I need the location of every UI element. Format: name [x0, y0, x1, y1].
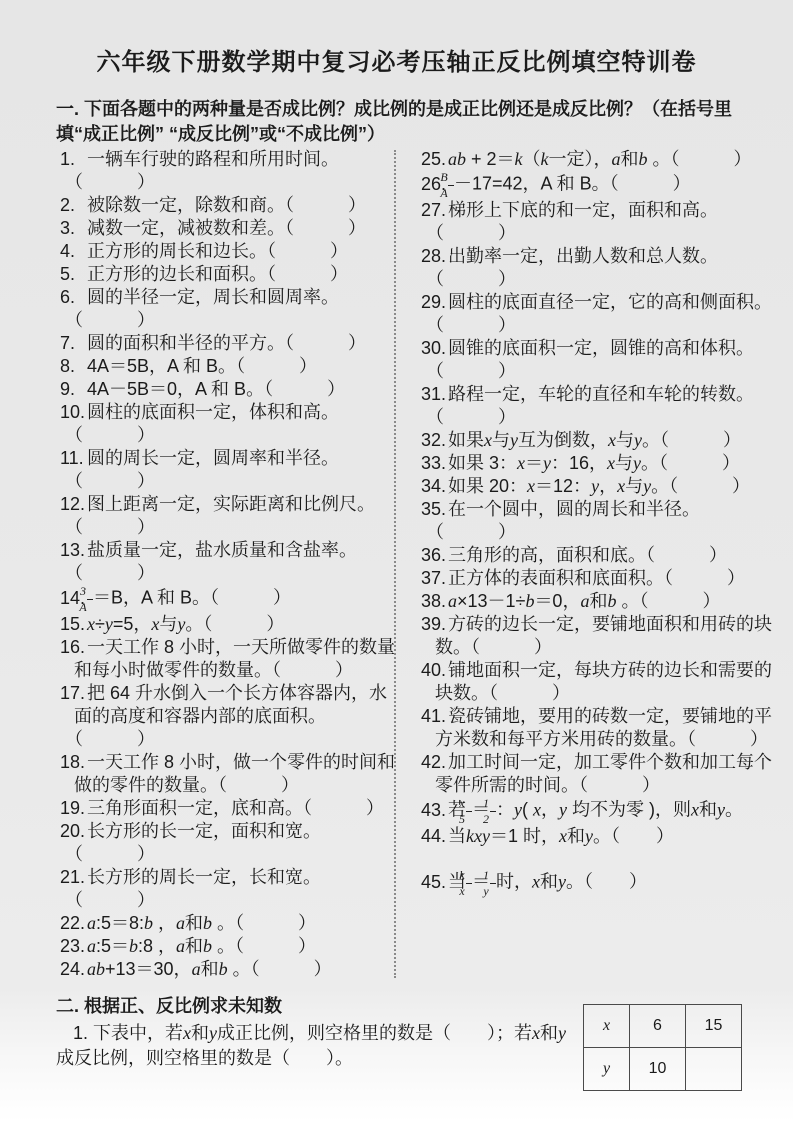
question-number: 15. — [60, 613, 87, 636]
question-item: 21.长方形的周长一定，长和宽。（ ） — [60, 866, 396, 912]
question-number: 25. — [421, 148, 448, 171]
answer-blank: （ ） — [639, 591, 720, 611]
question-number: 20. — [60, 820, 87, 843]
answer-blank: （ ） — [74, 563, 155, 583]
question-item: 45.当kx＝1y时，x和y。（ ） — [421, 869, 777, 897]
answer-blank: （ ） — [471, 637, 552, 657]
question-item: 42.加工时间一定，加工零件个数和加工每个零件所需的时间。（ ） — [421, 751, 777, 797]
question-item: 10.圆柱的底面积一定，体积和高。（ ） — [60, 401, 396, 447]
answer-blank: （ ） — [435, 269, 516, 289]
answer-blank: （ ） — [303, 798, 384, 818]
question-item: 9.4A－5B＝0，A 和 B。（ ） — [60, 378, 396, 401]
table-cell: 15 — [686, 1005, 742, 1048]
answer-blank: （ ） — [272, 1048, 335, 1068]
fraction: 3A — [87, 585, 93, 613]
fraction: BA — [448, 171, 454, 199]
table-row: y10 — [584, 1048, 742, 1091]
question-number: 44. — [421, 825, 448, 848]
table-cell: 6 — [630, 1005, 686, 1048]
answer-blank: （ ） — [664, 568, 745, 588]
answer-blank: （ ） — [267, 264, 348, 284]
question-number: 29. — [421, 291, 448, 314]
answer-blank: （ ） — [285, 333, 366, 353]
answer-blank: （ ） — [74, 310, 155, 330]
answer-blank: （ ） — [74, 844, 155, 864]
question-item: 24.ab+13＝30，a和b 。（ ） — [60, 958, 396, 981]
answer-blank: （ ） — [435, 315, 516, 335]
question-item: 37.正方体的表面积和底面积。（ ） — [421, 567, 777, 590]
question-number: 17. — [60, 682, 87, 705]
question-item: 3.减数一定，减被数和差。（ ） — [60, 217, 396, 240]
question-item: 20.长方形的长一定，面积和宽。（ ） — [60, 820, 396, 866]
question-item: 26.BA－17=42，A 和 B。（ ） — [421, 171, 777, 199]
question-item: 38.a×13－1÷b＝0，a和b 。（ ） — [421, 590, 777, 613]
question-number: 1. — [60, 148, 87, 171]
table-row: x615 — [584, 1005, 742, 1048]
question-number: 40. — [421, 659, 448, 682]
question-number: 33. — [421, 452, 448, 475]
question-number: 2. — [60, 194, 87, 217]
question-item: 19.三角形面积一定，底和高。（ ） — [60, 797, 396, 820]
question-number: 24. — [60, 958, 87, 981]
question-item: 40.铺地面积一定，每块方砖的边长和需要的块数。（ ） — [421, 659, 777, 705]
question-number: 39. — [421, 613, 448, 636]
question-number: 36. — [421, 544, 448, 567]
answer-blank: （ ） — [584, 872, 647, 892]
answer-blank: （ ） — [74, 729, 155, 749]
answer-blank: （ ） — [579, 775, 660, 795]
question-item: 28.出勤率一定，出勤人数和总人数。（ ） — [421, 245, 777, 291]
column-divider — [394, 150, 396, 978]
question-item: 6.圆的半径一定，周长和圆周率。（ ） — [60, 286, 396, 332]
question-item: 15.x÷y=5，x与y。（ ） — [60, 613, 396, 636]
table-cell — [686, 1048, 742, 1091]
question-number: 18. — [60, 751, 87, 774]
answer-blank: （ ） — [489, 683, 570, 703]
answer-blank: （ ） — [433, 1023, 496, 1043]
question-number: 12. — [60, 493, 87, 516]
answer-blank: （ ） — [235, 936, 316, 956]
answer-blank: （ ） — [669, 476, 750, 496]
answer-blank: （ ） — [285, 218, 366, 238]
answer-blank: （ ） — [646, 545, 727, 565]
question-item: 22.a:5＝8:b ，a和b 。（ ） — [60, 912, 396, 935]
answer-blank: （ ） — [203, 614, 284, 634]
answer-blank: （ ） — [267, 241, 348, 261]
question-item: 44.当kxy＝1 时，x和y。（ ） — [421, 825, 777, 848]
answer-blank: （ ） — [659, 453, 740, 473]
question-number: 5. — [60, 263, 87, 286]
question-number: 34. — [421, 475, 448, 498]
answer-blank: （ ） — [687, 729, 768, 749]
fraction: 12 — [490, 797, 496, 825]
answer-blank: （ ） — [218, 775, 299, 795]
answer-blank: （ ） — [235, 913, 316, 933]
question-number: 28. — [421, 245, 448, 268]
question-number: 27. — [421, 199, 448, 222]
question-item: 7.圆的面积和半径的平方。（ ） — [60, 332, 396, 355]
question-number: 37. — [421, 567, 448, 590]
question-number: 8. — [60, 355, 87, 378]
question-number: 31. — [421, 383, 448, 406]
question-number: 35. — [421, 498, 448, 521]
question-item: 34.如果 20：x＝12：y，x与y。（ ） — [421, 475, 777, 498]
question-item: 23.a:5＝b:8 ，a和b 。（ ） — [60, 935, 396, 958]
fraction: 1y — [490, 869, 496, 897]
question-item: 13.盐质量一定，盐水质量和含盐率。（ ） — [60, 539, 396, 585]
question-item: 18.一天工作 8 小时，做一个零件的时间和做的零件的数量。（ ） — [60, 751, 396, 797]
question-item: 12.图上距离一定，实际距离和比例尺。（ ） — [60, 493, 396, 539]
fraction: kx — [466, 869, 472, 897]
question-number: 41. — [421, 705, 448, 728]
table-cell: y — [584, 1048, 630, 1091]
question-item: 11.圆的周长一定，圆周率和半径。（ ） — [60, 447, 396, 493]
question-item: 17.把 64 升水倒入一个长方体容器内，水面的高度和容器内部的底面积。（ ） — [60, 682, 396, 751]
answer-blank: （ ） — [435, 407, 516, 427]
question-item: 4.正方形的周长和边长。（ ） — [60, 240, 396, 263]
question-number: 21. — [60, 866, 87, 889]
question-number: 42. — [421, 751, 448, 774]
question-number: 45. — [421, 871, 448, 894]
worksheet-title: 六年级下册数学期中复习必考压轴正反比例填空特训卷 — [0, 42, 793, 77]
answer-blank: （ ） — [251, 959, 332, 979]
question-item: 14.3A＝B，A 和 B。（ ） — [60, 585, 396, 613]
question-item: 39.方砖的边长一定，要铺地面积和用砖的块数。（ ） — [421, 613, 777, 659]
answer-blank: （ ） — [74, 890, 155, 910]
question-item: 5.正方形的边长和面积。（ ） — [60, 263, 396, 286]
question-item: 35.在一个圆中，圆的周长和半径。（ ） — [421, 498, 777, 544]
answer-blank: （ ） — [435, 522, 516, 542]
answer-blank: （ ） — [74, 425, 155, 445]
question-item: 27.梯形上下底的和一定，面积和高。（ ） — [421, 199, 777, 245]
question-number: 9. — [60, 378, 87, 401]
question-number: 6. — [60, 286, 87, 309]
answer-blank: （ ） — [671, 149, 752, 169]
question-item: 8.4A＝5B，A 和 B。（ ） — [60, 355, 396, 378]
question-number: 30. — [421, 337, 448, 360]
answer-blank: （ ） — [264, 379, 345, 399]
table-cell: 10 — [630, 1048, 686, 1091]
answer-blank: （ ） — [74, 172, 155, 192]
question-item: 31.路程一定，车轮的直径和车轮的转数。（ ） — [421, 383, 777, 429]
question-item: 25.ab + 2＝k（k一定），a和b 。（ ） — [421, 148, 777, 171]
question-item: 43.若x5＝12：y( x，y 均不为零 )，则x和y。 — [421, 797, 777, 825]
answer-blank: （ ） — [435, 223, 516, 243]
question-number: 22. — [60, 912, 87, 935]
answer-blank: （ ） — [285, 195, 366, 215]
question-item: 33.如果 3：x＝y：16，x与y。（ ） — [421, 452, 777, 475]
question-number: 4. — [60, 240, 87, 263]
question-number: 19. — [60, 797, 87, 820]
question-number: 11. — [60, 447, 87, 470]
question-number: 32. — [421, 429, 448, 452]
questions-column-right: 25.ab + 2＝k（k一定），a和b 。（ ）26.BA－17=42，A 和… — [421, 148, 777, 898]
question-item: 41.瓷砖铺地，要用的砖数一定，要铺地的平方米数和每平方米用砖的数量。（ ） — [421, 705, 777, 751]
table-cell: x — [584, 1005, 630, 1048]
question-item: 1.一辆车行驶的路程和所用时间。（ ） — [60, 148, 396, 194]
question-number: 3. — [60, 217, 87, 240]
question-number: 38. — [421, 590, 448, 613]
question-number: 10. — [60, 401, 87, 424]
section2-problem: 1. 下表中，若x和y成正比例，则空格里的数是（ ）；若x和y成反比例，则空格里… — [56, 1021, 582, 1071]
answer-blank: （ ） — [74, 471, 155, 491]
answer-blank: （ ） — [611, 826, 674, 846]
question-item: 32.如果x与y互为倒数，x与y。（ ） — [421, 429, 777, 452]
questions-column-left: 1.一辆车行驶的路程和所用时间。（ ）2.被除数一定，除数和商。（ ）3.减数一… — [60, 148, 396, 981]
section1-heading: 一. 下面各题中的两种量是否成比例？成比例的是成正比例还是成反比例？（在括号里填… — [56, 97, 746, 147]
question-item: 2.被除数一定，除数和商。（ ） — [60, 194, 396, 217]
answer-blank: （ ） — [435, 361, 516, 381]
question-number: 7. — [60, 332, 87, 355]
question-item: 16.一天工作 8 小时，一天所做零件的数量和每小时做零件的数量。（ ） — [60, 636, 396, 682]
question-number: 16. — [60, 636, 87, 659]
answer-blank: （ ） — [236, 356, 317, 376]
question-item: 30.圆锥的底面积一定，圆锥的高和体积。（ ） — [421, 337, 777, 383]
question-item: 36.三角形的高，面积和底。（ ） — [421, 544, 777, 567]
fraction: x5 — [466, 797, 472, 825]
question-number: 13. — [60, 539, 87, 562]
question-item: 29.圆柱的底面直径一定，它的高和侧面积。（ ） — [421, 291, 777, 337]
answer-blank: （ ） — [610, 174, 691, 194]
answer-blank: （ ） — [74, 517, 155, 537]
answer-blank: （ ） — [272, 660, 353, 680]
question-number: 43. — [421, 799, 448, 822]
answer-blank: （ ） — [210, 588, 291, 608]
xy-table: x615y10 — [583, 1004, 742, 1091]
worksheet-page: 六年级下册数学期中复习必考压轴正反比例填空特训卷 一. 下面各题中的两种量是否成… — [0, 0, 793, 1122]
answer-blank: （ ） — [660, 430, 741, 450]
question-number: 23. — [60, 935, 87, 958]
